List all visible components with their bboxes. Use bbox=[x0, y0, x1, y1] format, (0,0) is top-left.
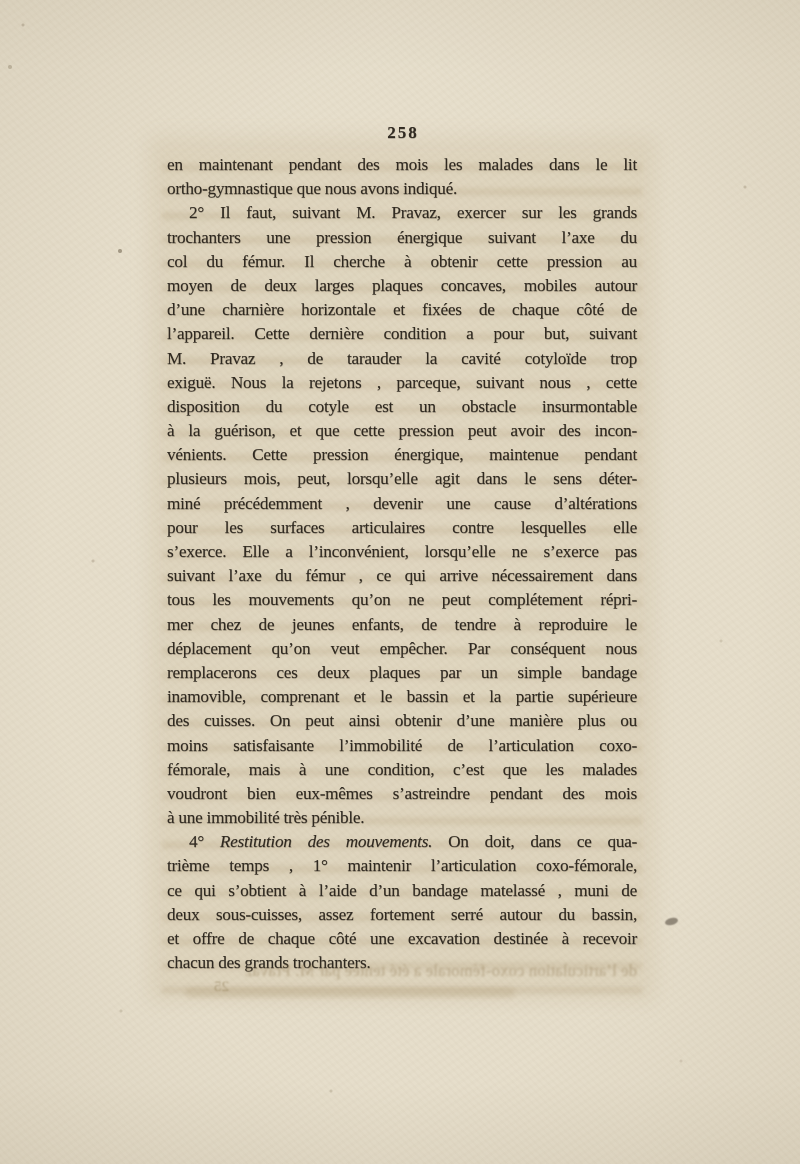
text-segment: moyen de deux larges plaques concaves, m… bbox=[167, 276, 637, 295]
text-segment: des cuisses. On peut ainsi obtenir d’une… bbox=[167, 711, 637, 730]
text-line: miné précédemment , devenir une cause d’… bbox=[167, 492, 637, 516]
text-segment: l’appareil. Cette dernière condition a p… bbox=[167, 324, 637, 343]
text-segment: plusieurs mois, peut, lorsqu’elle agit d… bbox=[167, 469, 637, 488]
text-segment: On doit, dans ce qua- bbox=[432, 832, 637, 851]
text-segment: Restitution des mouvements. bbox=[220, 832, 432, 851]
text-line: suivant l’axe du fémur , ce qui arrive n… bbox=[167, 564, 637, 588]
text-segment: miné précédemment , devenir une cause d’… bbox=[167, 494, 637, 513]
text-line: pour les surfaces articulaires contre le… bbox=[167, 516, 637, 540]
text-line: des cuisses. On peut ainsi obtenir d’une… bbox=[167, 709, 637, 733]
page-text: en maintenant pendant des mois les malad… bbox=[167, 153, 637, 975]
text-segment: mer chez de jeunes enfants, de tendre à … bbox=[167, 615, 637, 634]
text-segment: 4° bbox=[189, 832, 220, 851]
text-line: plusieurs mois, peut, lorsqu’elle agit d… bbox=[167, 467, 637, 491]
text-line: moyen de deux larges plaques concaves, m… bbox=[167, 274, 637, 298]
page-number: 258 bbox=[167, 123, 637, 143]
text-line: s’exerce. Elle a l’inconvénient, lorsqu’… bbox=[167, 540, 637, 564]
text-segment: inamovible, comprenant et le bassin et l… bbox=[167, 687, 637, 706]
paper-specks bbox=[0, 0, 2, 2]
text-line: vénients. Cette pression énergique, main… bbox=[167, 443, 637, 467]
text-line: inamovible, comprenant et le bassin et l… bbox=[167, 685, 637, 709]
text-segment: disposition du cotyle est un obstacle in… bbox=[167, 397, 637, 416]
text-line: moins satisfaisante l’immobilité de l’ar… bbox=[167, 734, 637, 758]
text-line: tous les mouvements qu’on ne peut complé… bbox=[167, 588, 637, 612]
text-line: col du fémur. Il cherche à obtenir cette… bbox=[167, 250, 637, 274]
text-segment: M. Pravaz , de tarauder la cavité cotylo… bbox=[167, 349, 637, 368]
text-segment: ce qui s’obtient à l’aide d’un bandage m… bbox=[167, 881, 637, 900]
text-segment: col du fémur. Il cherche à obtenir cette… bbox=[167, 252, 637, 271]
text-segment: vénients. Cette pression énergique, main… bbox=[167, 445, 637, 464]
text-line: trième temps , 1° maintenir l’articulati… bbox=[167, 854, 637, 878]
text-segment: suivant l’axe du fémur , ce qui arrive n… bbox=[167, 566, 637, 585]
text-segment: d’une charnière horizontale et fixées de… bbox=[167, 300, 637, 319]
text-line: à la guérison, et que cette pression peu… bbox=[167, 419, 637, 443]
bleedthrough-faint-line bbox=[185, 987, 515, 998]
text-line: voudront bien eux-mêmes s’astreindre pen… bbox=[167, 782, 637, 806]
text-line: et offre de chaque côté une excavation d… bbox=[167, 927, 637, 951]
text-line: l’appareil. Cette dernière condition a p… bbox=[167, 322, 637, 346]
text-segment: 2° Il faut, suivant M. Pravaz, exercer s… bbox=[189, 203, 637, 222]
text-line: mer chez de jeunes enfants, de tendre à … bbox=[167, 613, 637, 637]
text-segment: trième temps , 1° maintenir l’articulati… bbox=[167, 856, 637, 875]
text-line: fémorale, mais à une condition, c’est qu… bbox=[167, 758, 637, 782]
text-segment: tous les mouvements qu’on ne peut complé… bbox=[167, 590, 637, 609]
text-segment: déplacement qu’on veut empêcher. Par con… bbox=[167, 639, 637, 658]
text-line: M. Pravaz , de tarauder la cavité cotylo… bbox=[167, 347, 637, 371]
text-segment: ortho-gymnastique que nous avons indiqué… bbox=[167, 179, 457, 198]
text-line: ortho-gymnastique que nous avons indiqué… bbox=[167, 177, 637, 201]
text-line: exiguë. Nous la rejetons , parceque, sui… bbox=[167, 371, 637, 395]
text-segment: trochanters une pression énergique suiva… bbox=[167, 228, 637, 247]
text-line: 4° Restitution des mouvements. On doit, … bbox=[167, 830, 637, 854]
text-segment: voudront bien eux-mêmes s’astreindre pen… bbox=[167, 784, 637, 803]
text-line: déplacement qu’on veut empêcher. Par con… bbox=[167, 637, 637, 661]
text-segment: à une immobilité très pénible. bbox=[167, 808, 364, 827]
text-line: disposition du cotyle est un obstacle in… bbox=[167, 395, 637, 419]
text-segment: s’exerce. Elle a l’inconvénient, lorsqu’… bbox=[167, 542, 637, 561]
text-segment: deux sous-cuisses, assez fortement serré… bbox=[167, 905, 637, 924]
text-segment: pour les surfaces articulaires contre le… bbox=[167, 518, 637, 537]
text-line: 2° Il faut, suivant M. Pravaz, exercer s… bbox=[167, 201, 637, 225]
text-line: remplacerons ces deux plaques par un sim… bbox=[167, 661, 637, 685]
text-segment: et offre de chaque côté une excavation d… bbox=[167, 929, 637, 948]
text-line: en maintenant pendant des mois les malad… bbox=[167, 153, 637, 177]
text-segment: fémorale, mais à une condition, c’est qu… bbox=[167, 760, 637, 779]
ink-smudge bbox=[664, 917, 678, 927]
book-page: 258 en maintenant pendant des mois les m… bbox=[0, 0, 800, 1164]
bleedthrough-signature-mark: 25 bbox=[214, 979, 229, 996]
text-segment: à la guérison, et que cette pression peu… bbox=[167, 421, 637, 440]
text-segment: remplacerons ces deux plaques par un sim… bbox=[167, 663, 637, 682]
text-line: à une immobilité très pénible. bbox=[167, 806, 637, 830]
text-segment: en maintenant pendant des mois les malad… bbox=[167, 155, 637, 174]
text-segment: moins satisfaisante l’immobilité de l’ar… bbox=[167, 736, 637, 755]
text-segment: exiguë. Nous la rejetons , parceque, sui… bbox=[167, 373, 637, 392]
text-line: ce qui s’obtient à l’aide d’un bandage m… bbox=[167, 879, 637, 903]
bleedthrough-text: de l’articulation coxo-fémorale a été te… bbox=[167, 961, 637, 981]
text-line: deux sous-cuisses, assez fortement serré… bbox=[167, 903, 637, 927]
text-line: trochanters une pression énergique suiva… bbox=[167, 226, 637, 250]
text-line: d’une charnière horizontale et fixées de… bbox=[167, 298, 637, 322]
